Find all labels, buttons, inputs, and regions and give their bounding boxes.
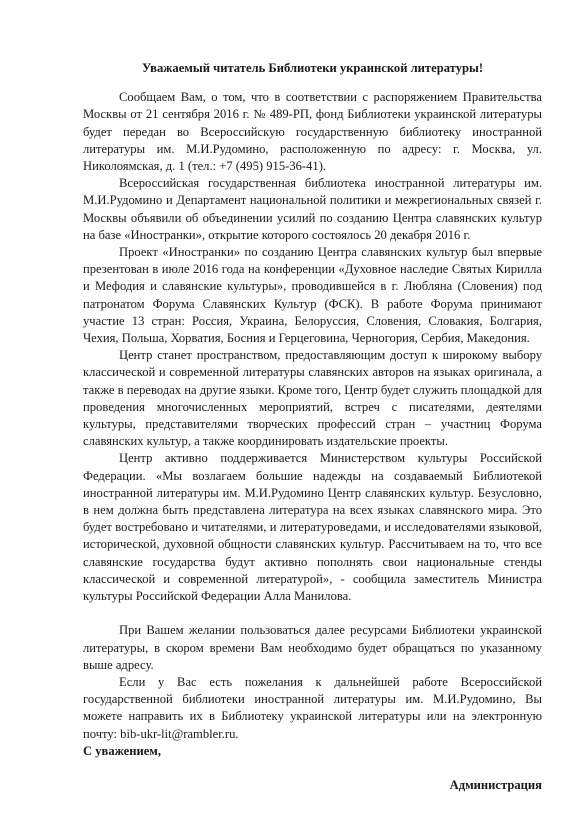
paragraph-slavic-center: Всероссийская государственная библиотека…: [83, 175, 542, 244]
paragraph-ministry-support: Центр активно поддерживается Министерств…: [83, 450, 542, 605]
paragraph-contact-email: Если у Вас есть пожелания к дальнейшей р…: [83, 674, 542, 743]
paragraph-project-presentation: Проект «Иностранки» по созданию Центра с…: [83, 244, 542, 347]
letter-page: Уважаемый читатель Библиотеки украинской…: [83, 60, 542, 794]
paragraph-library-transfer: Сообщаем Вам, о том, что в соответствии …: [83, 89, 542, 175]
paragraph-resources-address: При Вашем желании пользоваться далее рес…: [83, 622, 542, 674]
paragraph-center-purpose: Центр станет пространством, предоставляю…: [83, 347, 542, 450]
closing-phrase: С уважением,: [83, 743, 542, 760]
letter-title: Уважаемый читатель Библиотеки украинской…: [83, 60, 542, 77]
signature: Администрация: [83, 777, 542, 794]
